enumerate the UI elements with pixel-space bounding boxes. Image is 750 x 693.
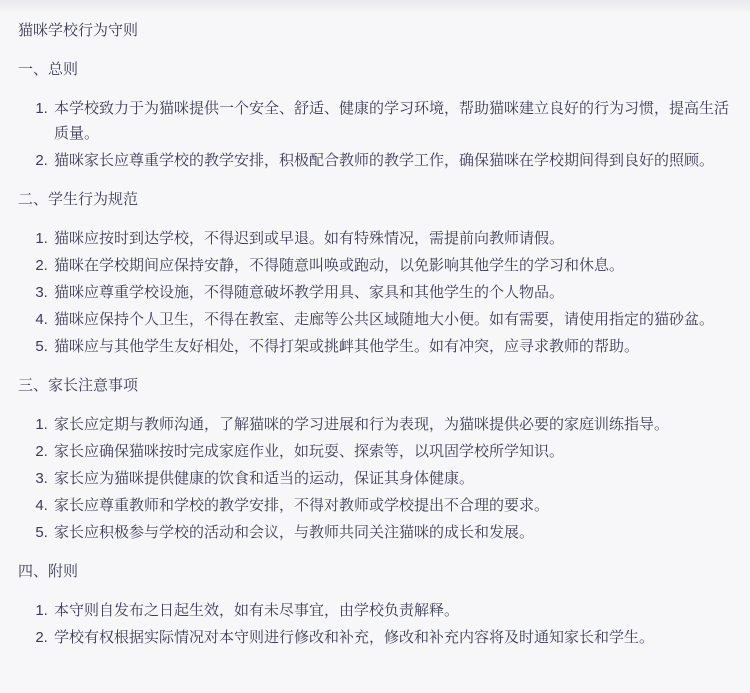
list-item: 家长应尊重教师和学校的教学安排，不得对教师或学校提出不合理的要求。 <box>52 493 734 518</box>
list-item: 猫咪应与其他学生友好相处，不得打架或挑衅其他学生。如有冲突，应寻求教师的帮助。 <box>52 334 734 359</box>
list-item: 家长应积极参与学校的活动和会议，与教师共同关注猫咪的成长和发展。 <box>52 520 734 545</box>
list-item: 本守则自发布之日起生效，如有未尽事宜，由学校负责解释。 <box>52 598 734 623</box>
list-item: 家长应定期与教师沟通，了解猫咪的学习进展和行为表现，为猫咪提供必要的家庭训练指导… <box>52 412 734 437</box>
document: 猫咪学校行为守则 一、总则 本学校致力于为猫咪提供一个安全、舒适、健康的学习环境… <box>0 0 750 666</box>
section-list-general-rules: 本学校致力于为猫咪提供一个安全、舒适、健康的学习环境，帮助猫咪建立良好的行为习惯… <box>18 96 734 173</box>
list-item: 猫咪应按时到达学校，不得迟到或早退。如有特殊情况，需提前向教师请假。 <box>52 226 734 251</box>
section-heading-parent-notes: 三、家长注意事项 <box>18 373 734 398</box>
list-item: 家长应确保猫咪按时完成家庭作业，如玩耍、探索等，以巩固学校所学知识。 <box>52 439 734 464</box>
list-item: 家长应为猫咪提供健康的饮食和适当的运动，保证其身体健康。 <box>52 466 734 491</box>
section-list-supplementary: 本守则自发布之日起生效，如有未尽事宜，由学校负责解释。 学校有权根据实际情况对本… <box>18 598 734 650</box>
list-item: 猫咪应尊重学校设施，不得随意破坏教学用具、家具和其他学生的个人物品。 <box>52 280 734 305</box>
section-list-parent-notes: 家长应定期与教师沟通，了解猫咪的学习进展和行为表现，为猫咪提供必要的家庭训练指导… <box>18 412 734 545</box>
list-item: 猫咪应保持个人卫生，不得在教室、走廊等公共区域随地大小便。如有需要，请使用指定的… <box>52 307 734 332</box>
list-item: 本学校致力于为猫咪提供一个安全、舒适、健康的学习环境，帮助猫咪建立良好的行为习惯… <box>52 96 734 146</box>
list-item: 猫咪在学校期间应保持安静，不得随意叫唤或跑动，以免影响其他学生的学习和休息。 <box>52 253 734 278</box>
section-heading-general-rules: 一、总则 <box>18 57 734 82</box>
section-heading-supplementary: 四、附则 <box>18 559 734 584</box>
section-heading-student-conduct: 二、学生行为规范 <box>18 187 734 212</box>
list-item: 学校有权根据实际情况对本守则进行修改和补充，修改和补充内容将及时通知家长和学生。 <box>52 625 734 650</box>
list-item: 猫咪家长应尊重学校的教学安排，积极配合教师的教学工作，确保猫咪在学校期间得到良好… <box>52 148 734 173</box>
page-title: 猫咪学校行为守则 <box>18 18 734 43</box>
section-list-student-conduct: 猫咪应按时到达学校，不得迟到或早退。如有特殊情况，需提前向教师请假。 猫咪在学校… <box>18 226 734 359</box>
